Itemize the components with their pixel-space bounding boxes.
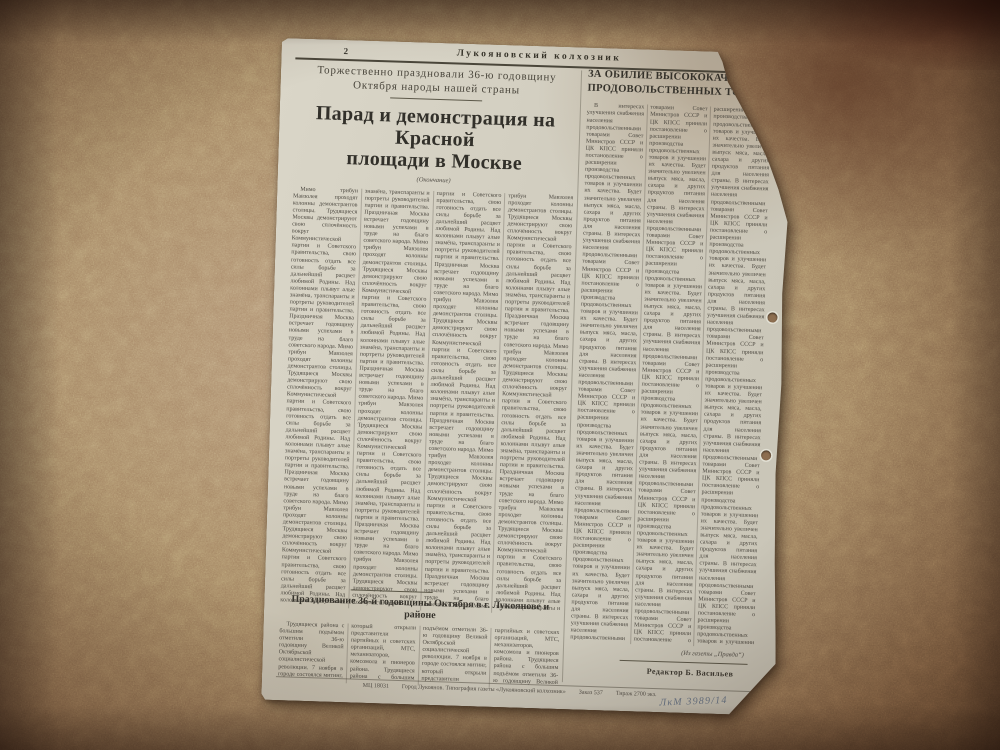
kicker-underline [390, 97, 482, 101]
editor-name: Редактор Б. Васильев [569, 665, 753, 680]
imprint-circulation: Тираж 2700 экз. [616, 691, 657, 698]
bottom-article: Празднование 36-й годовщины Октября в г.… [278, 593, 561, 690]
main-article-body-columns: Мимо трибун Мавзолея проходят колонны де… [280, 186, 573, 615]
kicker-line-2: Октября народы нашей страны [353, 80, 520, 97]
photo-corner-shadow [810, 0, 1000, 70]
main-headline-line-1: Парад и демонстрация на Красной [316, 102, 556, 151]
newspaper-page-wrapper: 2 Лукояновский колхозник Торжественно пр… [282, 38, 797, 700]
main-article-kicker: Торжественно праздновали 36-ю годовщину … [296, 62, 577, 99]
main-headline: Парад и демонстрация на Красной площади … [294, 101, 576, 176]
punch-hole-top [767, 312, 777, 322]
newspaper-page: 2 Лукояновский колхозник Торжественно пр… [261, 38, 797, 716]
imprint-order: Заказ 537 [579, 690, 603, 697]
right-headline-line-2: ПРОДОВОЛЬСТВЕННЫХ ТОВАРОВ [587, 82, 771, 102]
imprint-code: МЦ 18031 [363, 683, 389, 690]
handwritten-note: ЛкМ 3989/14 [659, 695, 728, 709]
punch-hole-bottom [761, 450, 771, 460]
editor-rule [620, 660, 748, 665]
main-article: Торжественно праздновали 36-ю годовщину … [280, 62, 577, 614]
right-article-headline: ЗА ОБИЛИЕ ВЫСОКОКАЧЕСТВЕННЫХ ПРОДОВОЛЬСТ… [587, 68, 772, 102]
source-credit: (Из газеты „Правда“) [570, 647, 754, 660]
right-article: ЗА ОБИЛИЕ ВЫСОКОКАЧЕСТВЕННЫХ ПРОДОВОЛЬСТ… [569, 68, 772, 680]
main-headline-line-2: площади в Москве [346, 147, 522, 175]
right-article-body-columns: В интересах улучшения снабжения населени… [570, 103, 771, 649]
